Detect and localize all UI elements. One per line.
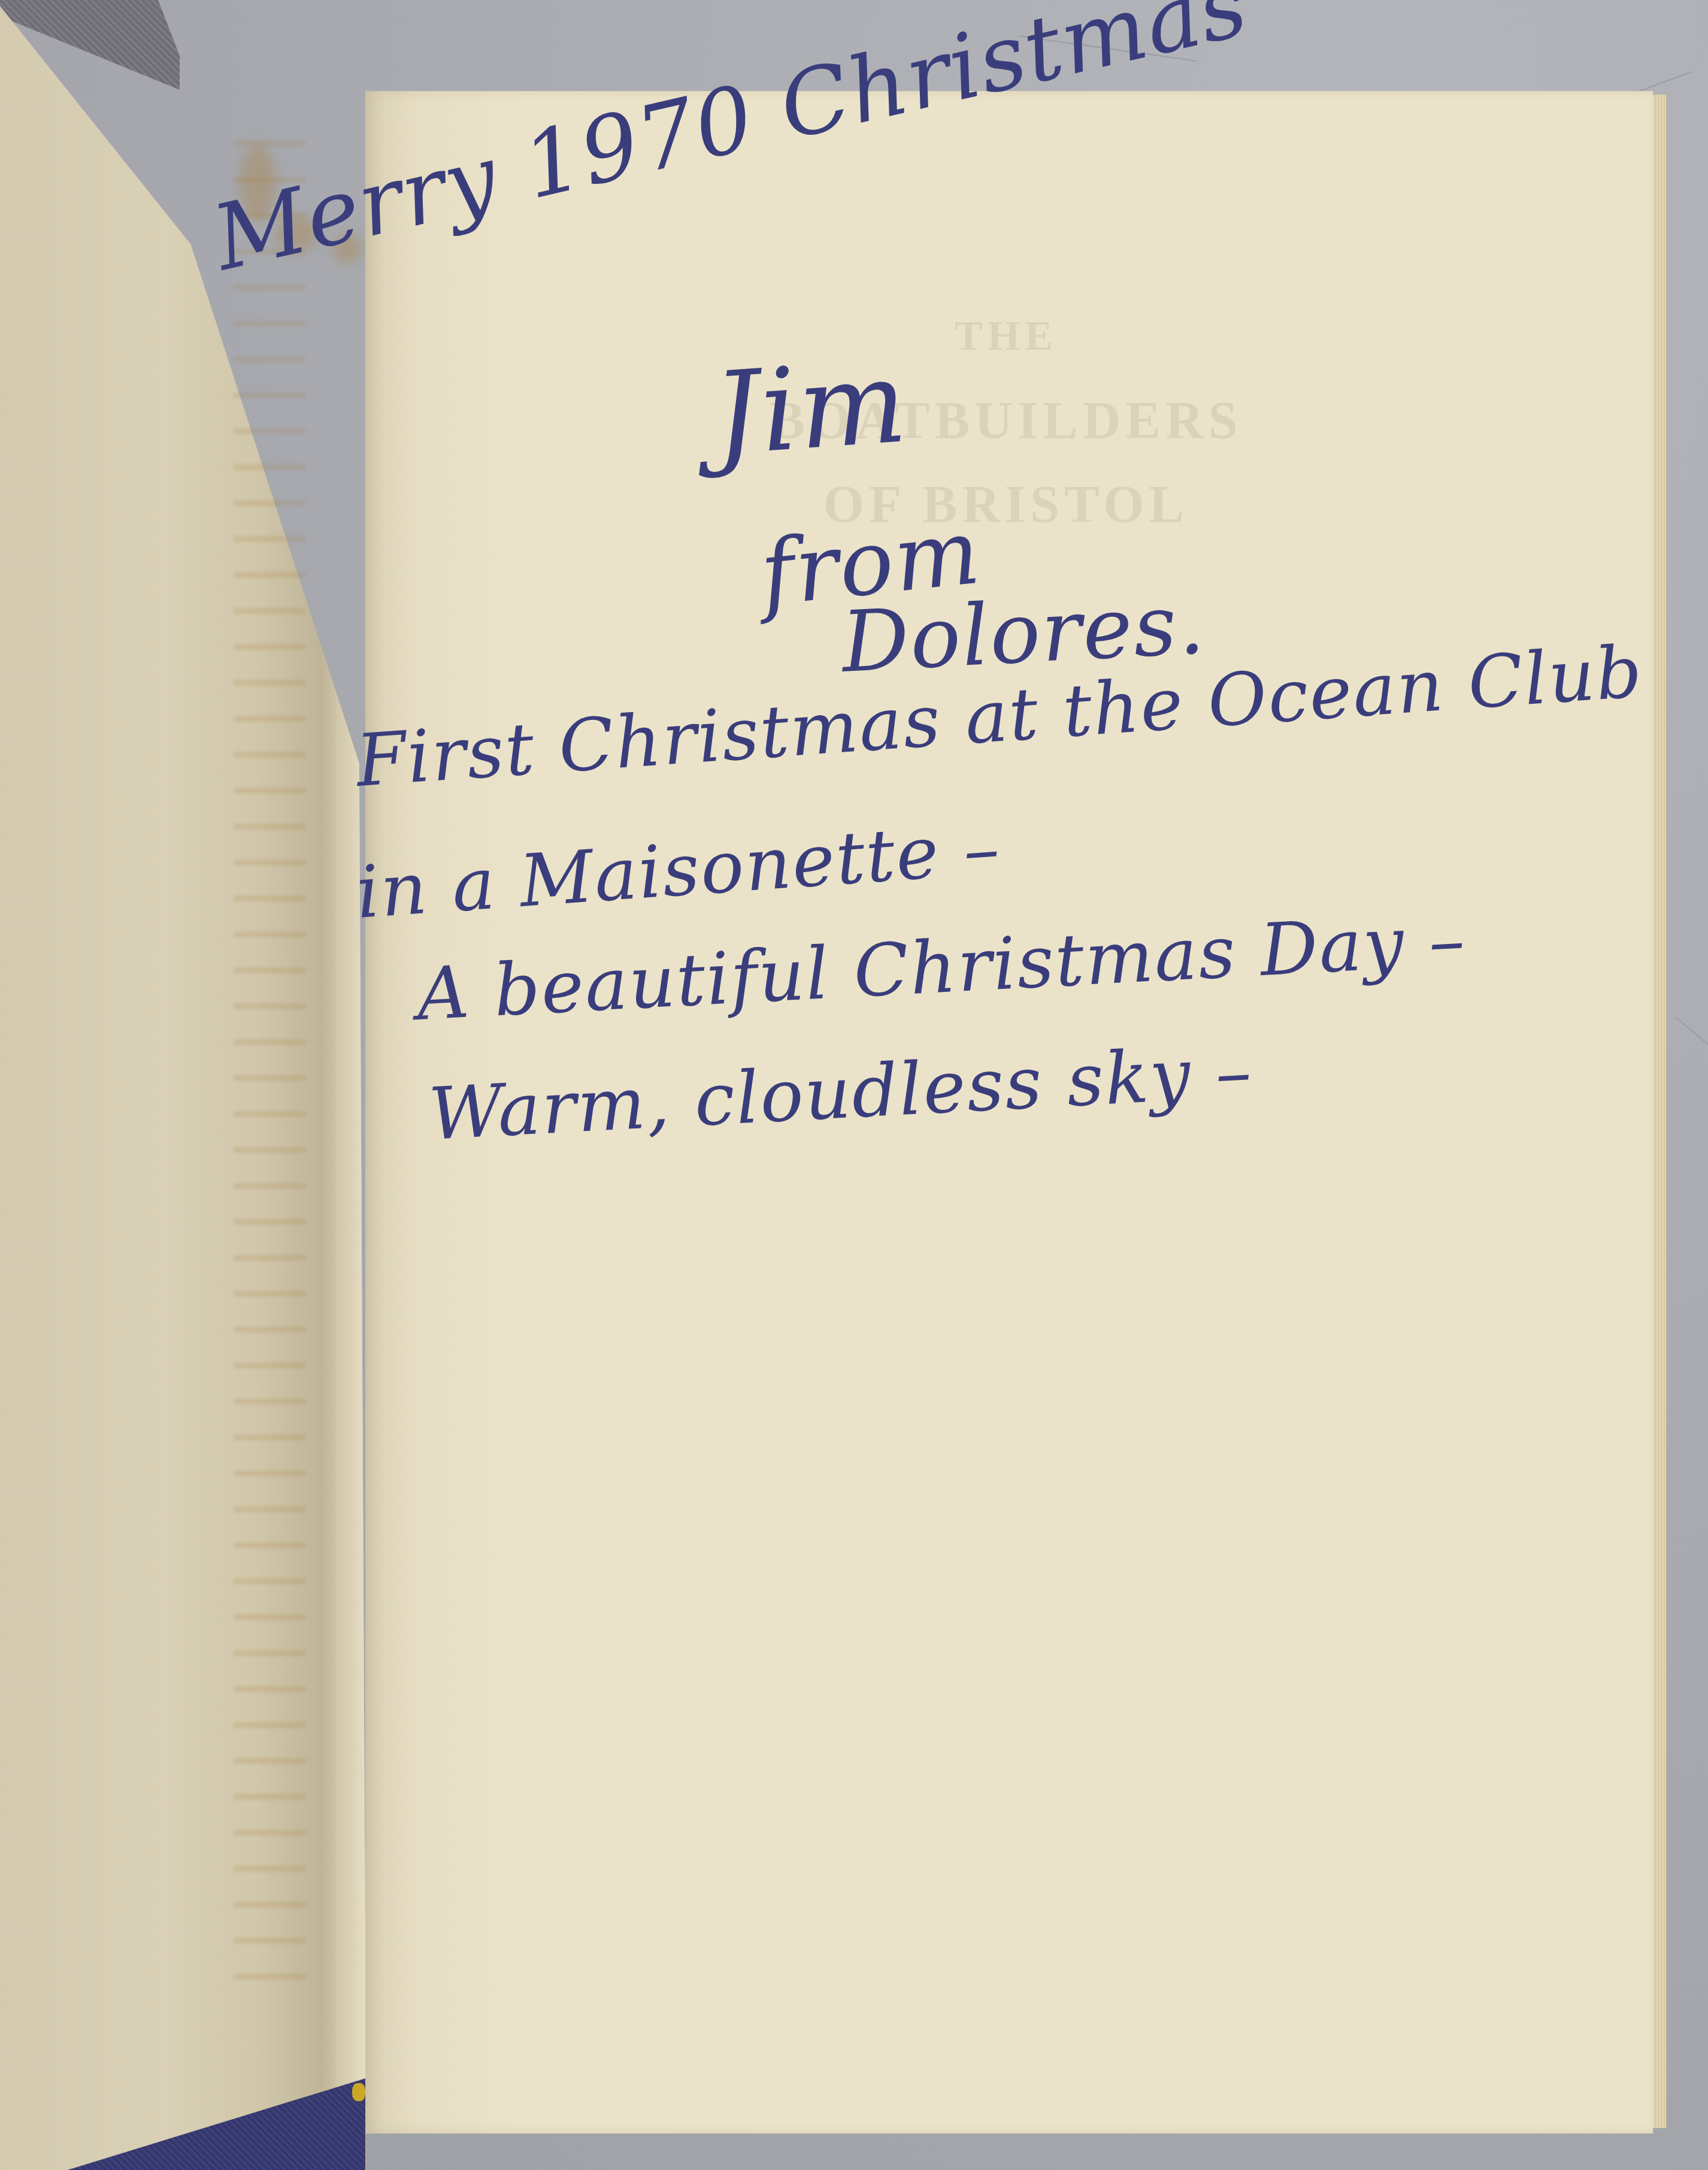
bleed-through-title-line: OF BRISTOL [617,474,1395,535]
foxing-stain-strip [234,138,305,1995]
inscription-note-line: Warm, cloudless sky – [427,1030,1255,1157]
text-block-page-edges [1653,95,1667,2128]
inscription-note-line: in a Maisonette – [353,807,1003,935]
inscription-recipient: Jim [710,335,912,481]
inscribed-page: THE BOATBUILDERS OF BRISTOL Merry 1970 C… [365,91,1653,2133]
headband-bead [352,2083,365,2101]
